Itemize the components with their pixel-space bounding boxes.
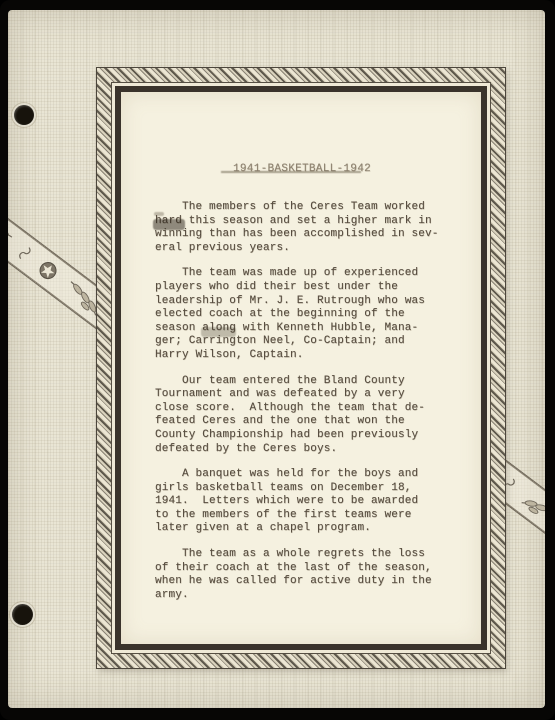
scroll-curl-icon — [15, 243, 34, 263]
paragraph-3: Our team entered the Bland County Tourna… — [155, 375, 449, 457]
ink-smudge-overstrike — [201, 327, 236, 337]
typewritten-page: 1941-BASKETBALL-1942 The members of the … — [115, 86, 487, 650]
title-underline-strike — [221, 171, 361, 173]
punch-hole-top — [14, 105, 34, 125]
star-medallion-icon — [34, 256, 62, 284]
paragraph-5: The team as a whole regrets the loss of … — [155, 548, 449, 602]
ink-smudge-overstrike — [153, 219, 185, 230]
scrapbook-scan: 1941-BASKETBALL-1942 The members of the … — [0, 0, 555, 720]
typewritten-text-block: 1941-BASKETBALL-1942 The members of the … — [155, 163, 449, 614]
punch-hole-bottom — [12, 604, 33, 625]
paragraph-1: The members of the Ceres Team worked har… — [155, 201, 449, 255]
page-title: 1941-BASKETBALL-1942 — [155, 163, 449, 175]
decorative-frame: 1941-BASKETBALL-1942 The members of the … — [97, 68, 505, 668]
ink-smudge — [154, 212, 164, 216]
laurel-branch-icon — [517, 487, 545, 531]
laurel-branch-icon — [8, 207, 17, 251]
paragraph-4: A banquet was held for the boys and girl… — [155, 468, 449, 536]
paragraph-2: The team was made up of experienced play… — [155, 267, 449, 362]
textured-background-page: 1941-BASKETBALL-1942 The members of the … — [8, 10, 545, 708]
